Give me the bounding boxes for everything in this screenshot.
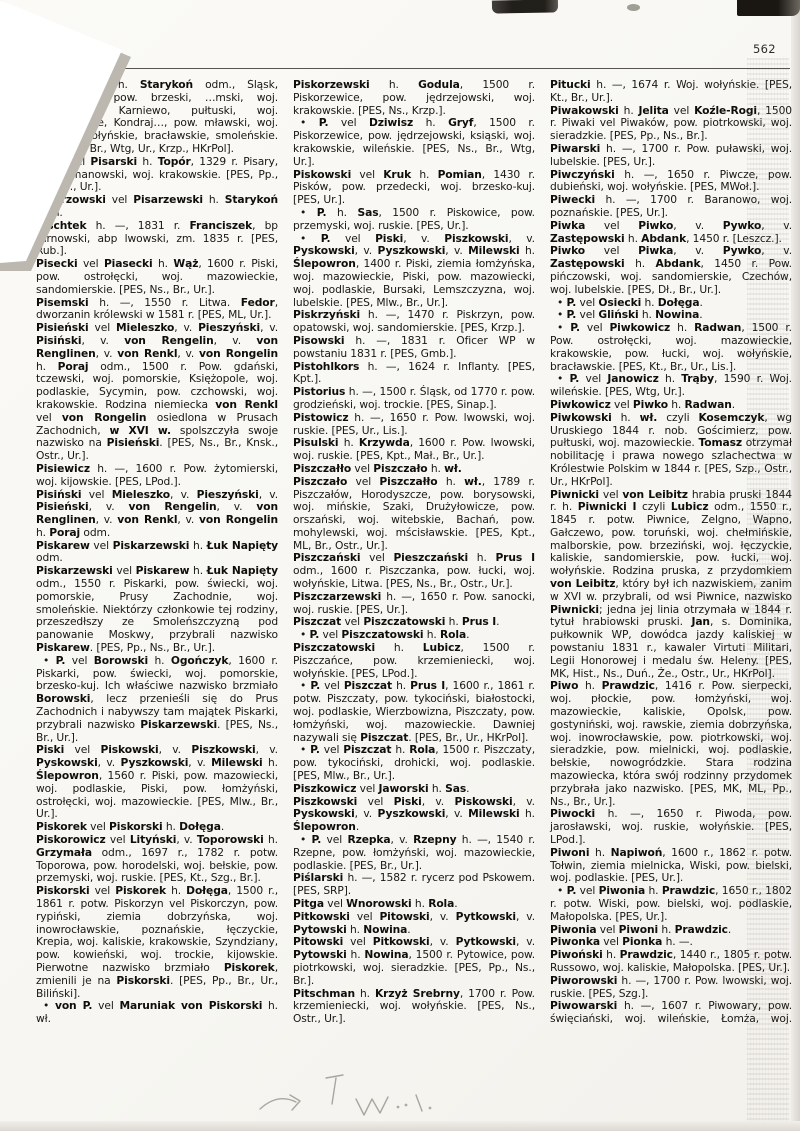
dictionary-entry: Pitkowski vel Pitowski, v. Pytkowski, v.… [293, 911, 535, 937]
dictionary-entry: Pistowicz h. —, 1650 r. Pow. lwowski, wo… [293, 412, 535, 438]
dictionary-entry: Pisarzowski vel Pisarzewski h. Starykoń … [36, 194, 278, 220]
dictionary-text: Pisarzowski h. Starykoń odm., Śląsk, Pis… [36, 79, 792, 1029]
scan-edge-right [791, 0, 800, 1131]
dictionary-entry: • P. vel Borowski h. Ogończyk, 1600 r. P… [36, 655, 278, 745]
dictionary-entry: • P. vel Piszczat h. Prus I, 1600 r., 18… [293, 680, 535, 744]
dictionary-entry: Piskowski vel Kruk h. Pomian, 1430 r. Pi… [293, 169, 535, 207]
dictionary-entry: Pistorius h. —, 1500 r. Śląsk, od 1770 r… [293, 386, 535, 412]
dictionary-entry: Pistohlkors h. —, 1624 r. Inflanty. [PES… [293, 361, 535, 387]
dictionary-entry: Pisulski h. Krzywda, 1600 r. Pow. lwowsk… [293, 437, 535, 463]
dictionary-entry: Pisiewicz h. —, 1600 r. Pow. żytomierski… [36, 463, 278, 489]
ink-smudge-top-center [492, 0, 558, 14]
dictionary-entry: • P. vel Rzepka, v. Rzepny h. —, 1540 r.… [293, 834, 535, 872]
dictionary-entry: Piskorzewski h. Godula, 1500 r. Piskorze… [293, 79, 535, 117]
dictionary-entry: Piskarzewski vel Piskarew h. Łuk Napięty… [36, 565, 278, 655]
dictionary-entry: Pisowski h. —, 1831 r. Oficer WP w powst… [293, 335, 535, 361]
dictionary-entry: Piski vel Piskowski, v. Piszkowski, v. P… [36, 744, 278, 821]
dictionary-entry: Piskorski vel Piskorek h. Dołęga, 1500 r… [36, 885, 278, 1000]
dictionary-entry: Piszczało vel Piszczałło h. wł., 1789 r.… [293, 476, 535, 553]
page-number: 562 [753, 42, 776, 56]
dictionary-entry: • P. vel Dziwisz h. Gryf, 1500 r. Piskor… [293, 117, 535, 168]
dictionary-entry: Piskarew vel Piskarzewski h. Łuk Napięty… [36, 540, 278, 566]
dictionary-entry: Pitschman h. Krzyż Srebrny, 1700 r. Pow.… [293, 988, 535, 1026]
dictionary-entry: Pitowski vel Pitkowski, v. Pytkowski, v.… [293, 936, 535, 987]
dictionary-entry: Piszkowski vel Piski, v. Piskowski, v. P… [293, 796, 535, 834]
dictionary-entry: Piszczarzewski h. —, 1650 r. Pow. sanock… [293, 591, 535, 617]
dictionary-entry: Piskorowicz vel Lityński, v. Toporowski … [36, 834, 278, 885]
dictionary-entry: Pischtek h. —, 1831 r. Franciszek, bp ta… [36, 220, 278, 258]
dictionary-entry: • P. h. Sas, 1500 r. Piskowice, pow. prz… [293, 207, 535, 233]
dictionary-entry: Pisemski h. —, 1550 r. Litwa. Fedor, dwo… [36, 297, 278, 323]
dictionary-entry: Pisieński vel Mieleszko, v. Pieszyński, … [36, 322, 278, 463]
header-rule [38, 68, 790, 69]
dictionary-entry: Pisiński vel Mieleszko, v. Pieszyński, v… [36, 489, 278, 540]
dictionary-entry: Piskrzyński h. —, 1470 r. Piskrzyn, pow.… [293, 309, 535, 335]
ink-smudge-top-right [737, 0, 800, 16]
dictionary-entry: Piszczatowski h. Lubicz, 1500 r. Piszcza… [293, 642, 535, 680]
scanned-dictionary-page: { "page": { "number": "562" }, "entries"… [0, 0, 800, 1131]
dictionary-entry: Piślarski h. —, 1582 r. rycerz pod Pskow… [293, 872, 535, 898]
dictionary-entry: Piszczański vel Pieszczański h. Prus I o… [293, 552, 535, 590]
dictionary-entry: • P. vel Piski, v. Piszkowski, v. Pyskow… [293, 233, 535, 310]
handwriting-annotation [240, 1063, 460, 1125]
scan-grain-band [747, 58, 789, 1121]
dictionary-entry: • P. vel Piszczat h. Rola, 1500 r. Piszc… [293, 744, 535, 782]
dictionary-entry: Pisecki vel Piasecki h. Wąż, 1600 r. Pis… [36, 258, 278, 296]
dictionary-entry: • von P. vel Maruniak von Piskorski h. w… [36, 1000, 278, 1026]
scan-speck [627, 4, 640, 11]
